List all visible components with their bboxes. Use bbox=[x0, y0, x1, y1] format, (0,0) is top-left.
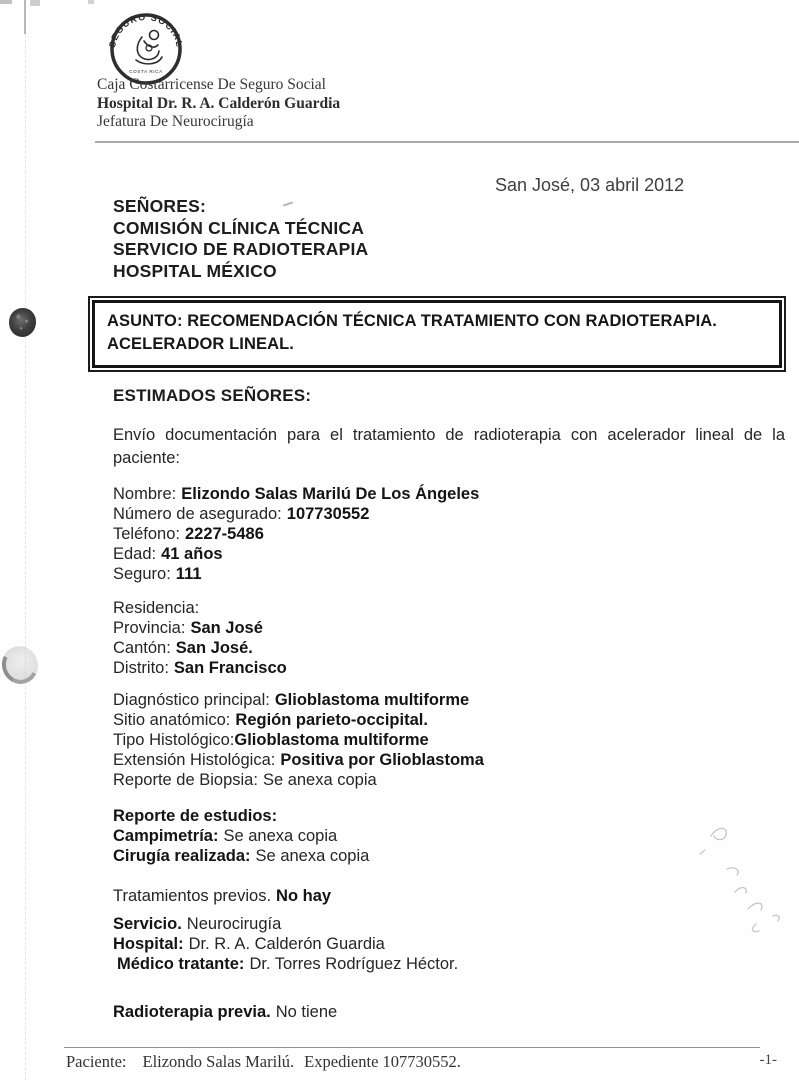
footer-label: Paciente: bbox=[66, 1052, 126, 1071]
footer-patient-line: Paciente:Elizondo Salas Marilú.Expedient… bbox=[66, 1052, 461, 1072]
field-label: Campimetría: bbox=[113, 827, 218, 845]
handwritten-scribble bbox=[693, 812, 788, 937]
field-tipo-histologico: Tipo Histológico:Glioblastoma multiforme bbox=[113, 730, 484, 750]
scan-fold-line bbox=[25, 0, 26, 1080]
field-label: Servicio. bbox=[113, 915, 182, 933]
subject-box-inner: ASUNTO: RECOMENDACIÓN TÉCNICA TRATAMIENT… bbox=[92, 300, 782, 368]
field-value: 111 bbox=[176, 565, 202, 583]
field-label: Teléfono: bbox=[113, 525, 180, 543]
page-number: -1- bbox=[760, 1052, 778, 1069]
field-value: 107730552 bbox=[287, 505, 370, 523]
field-label: Cirugía realizada: bbox=[113, 847, 251, 865]
field-label: Reporte de Biopsia: bbox=[113, 771, 258, 789]
header-divider bbox=[95, 141, 799, 143]
field-value: Región parieto-occipital. bbox=[235, 711, 428, 729]
diagnostico-block: Diagnóstico principal:Glioblastoma multi… bbox=[113, 690, 484, 790]
field-label: Tipo Histológico: bbox=[113, 731, 234, 749]
field-seguro: Seguro:111 bbox=[113, 564, 479, 584]
field-extension-histologica: Extensión Histológica:Positiva por Gliob… bbox=[113, 750, 484, 770]
scan-edge-mark bbox=[0, 0, 12, 4]
field-label: Tratamientos previos. bbox=[113, 887, 271, 905]
field-value: Neurocirugía bbox=[187, 915, 281, 933]
field-numero-asegurado: Número de asegurado:107730552 bbox=[113, 504, 479, 524]
recipient-hospital: HOSPITAL MÉXICO bbox=[113, 261, 368, 283]
letterhead-org-name: Caja Costarricense De Seguro Social bbox=[97, 76, 340, 95]
seal-bottom-text: COSTA RICA bbox=[129, 69, 163, 74]
residencia-block: Residencia: Provincia:San José Cantón:Sa… bbox=[113, 598, 287, 678]
scanned-letter-page: SEGURO SOCIAL COSTA RICA Caja Costarrice… bbox=[0, 0, 799, 1080]
estudios-title: Reporte de estudios: bbox=[113, 806, 369, 826]
letterhead: Caja Costarricense De Seguro Social Hosp… bbox=[97, 76, 340, 132]
footer-divider bbox=[64, 1047, 760, 1048]
patient-block: Nombre:Elizondo Salas Marilú De Los Ánge… bbox=[113, 484, 479, 584]
field-label: Número de asegurado: bbox=[113, 505, 282, 523]
intro-paragraph: Envío documentación para el tratamiento … bbox=[113, 424, 785, 470]
field-value: San José bbox=[190, 619, 262, 637]
field-tratamientos-previos: Tratamientos previos.No hay bbox=[113, 886, 331, 906]
field-value: No hay bbox=[276, 887, 331, 905]
field-value: Positiva por Glioblastoma bbox=[280, 751, 484, 769]
residencia-title: Residencia: bbox=[113, 598, 287, 618]
field-value: San Francisco bbox=[174, 659, 287, 677]
field-value: San José. bbox=[176, 639, 253, 657]
subject-box: ASUNTO: RECOMENDACIÓN TÉCNICA TRATAMIENT… bbox=[88, 296, 786, 372]
field-label: Cantón: bbox=[113, 639, 171, 657]
letterhead-department: Jefatura De Neurocirugía bbox=[97, 113, 340, 132]
field-label: Diagnóstico principal: bbox=[113, 691, 270, 709]
field-label: Sitio anatómico: bbox=[113, 711, 230, 729]
subject-line-1: ASUNTO: RECOMENDACIÓN TÉCNICA TRATAMIENT… bbox=[107, 310, 767, 333]
intro-line-2: paciente: bbox=[113, 447, 785, 470]
letterhead-hospital-name: Hospital Dr. R. A. Calderón Guardia bbox=[97, 95, 340, 114]
punch-hole-artifact bbox=[9, 308, 36, 337]
field-label: Extensión Histológica: bbox=[113, 751, 275, 769]
field-label: Hospital: bbox=[113, 935, 184, 953]
field-value: Elizondo Salas Marilú De Los Ángeles bbox=[181, 485, 479, 503]
intro-line-1: Envío documentación para el tratamiento … bbox=[113, 424, 785, 447]
field-cirugia-realizada: Cirugía realizada:Se anexa copia bbox=[113, 846, 369, 866]
field-radioterapia-previa: Radioterapia previa.No tiene bbox=[113, 1002, 337, 1022]
field-provincia: Provincia:San José bbox=[113, 618, 287, 638]
field-sitio-anatomico: Sitio anatómico:Región parieto-occipital… bbox=[113, 710, 484, 730]
field-label: Radioterapia previa. bbox=[113, 1003, 271, 1021]
field-value: Dr. Torres Rodríguez Héctor. bbox=[249, 955, 458, 973]
footer-patient-name: Elizondo Salas Marilú. bbox=[142, 1052, 294, 1071]
date-line: San José, 03 abril 2012 bbox=[495, 175, 684, 196]
servicio-block: Servicio.Neurocirugía Hospital:Dr. R. A.… bbox=[113, 914, 458, 974]
estudios-block: Reporte de estudios: Campimetría:Se anex… bbox=[113, 806, 369, 866]
recipient-commission: COMISIÓN CLÍNICA TÉCNICA bbox=[113, 218, 368, 240]
field-value: Se anexa copia bbox=[256, 847, 370, 865]
recipients-block: SEÑORES: COMISIÓN CLÍNICA TÉCNICA SERVIC… bbox=[113, 196, 368, 282]
field-medico-tratante: Médico tratante:Dr. Torres Rodríguez Héc… bbox=[113, 954, 458, 974]
subject-line-2: ACELERADOR LINEAL. bbox=[107, 333, 767, 356]
field-nombre: Nombre:Elizondo Salas Marilú De Los Ánge… bbox=[113, 484, 479, 504]
field-servicio: Servicio.Neurocirugía bbox=[113, 914, 458, 934]
field-value: Se anexa copia bbox=[263, 771, 377, 789]
recipient-service: SERVICIO DE RADIOTERAPIA bbox=[113, 239, 368, 261]
greeting: ESTIMADOS SEÑORES: bbox=[113, 386, 311, 406]
recipients-salutation: SEÑORES: bbox=[113, 196, 368, 218]
field-value: No tiene bbox=[276, 1003, 337, 1021]
field-value: Dr. R. A. Calderón Guardia bbox=[189, 935, 385, 953]
field-label: Nombre: bbox=[113, 485, 176, 503]
field-label: Seguro: bbox=[113, 565, 171, 583]
scan-edge-mark bbox=[88, 0, 94, 4]
field-distrito: Distrito:San Francisco bbox=[113, 658, 287, 678]
scan-fold-line-top bbox=[24, 0, 26, 34]
field-label: Médico tratante: bbox=[117, 955, 244, 973]
radioterapia-block: Radioterapia previa.No tiene bbox=[113, 1002, 337, 1022]
field-label: Edad: bbox=[113, 545, 156, 563]
field-edad: Edad:41 años bbox=[113, 544, 479, 564]
field-label: Provincia: bbox=[113, 619, 185, 637]
tratamientos-block: Tratamientos previos.No hay bbox=[113, 886, 331, 906]
field-telefono: Teléfono:2227-5486 bbox=[113, 524, 479, 544]
field-campimetria: Campimetría:Se anexa copia bbox=[113, 826, 369, 846]
field-reporte-biopsia: Reporte de Biopsia:Se anexa copia bbox=[113, 770, 484, 790]
field-value: Se anexa copia bbox=[223, 827, 337, 845]
field-canton: Cantón:San José. bbox=[113, 638, 287, 658]
field-value: 41 años bbox=[161, 545, 222, 563]
field-hospital: Hospital:Dr. R. A. Calderón Guardia bbox=[113, 934, 458, 954]
field-value: Glioblastoma multiforme bbox=[234, 731, 428, 749]
field-value: 2227-5486 bbox=[185, 525, 264, 543]
field-value: Glioblastoma multiforme bbox=[275, 691, 469, 709]
punch-hole-artifact bbox=[0, 641, 43, 688]
footer-expediente: Expediente 107730552. bbox=[304, 1052, 461, 1071]
field-label: Distrito: bbox=[113, 659, 169, 677]
scan-edge-mark bbox=[30, 0, 40, 6]
field-diagnostico-principal: Diagnóstico principal:Glioblastoma multi… bbox=[113, 690, 484, 710]
